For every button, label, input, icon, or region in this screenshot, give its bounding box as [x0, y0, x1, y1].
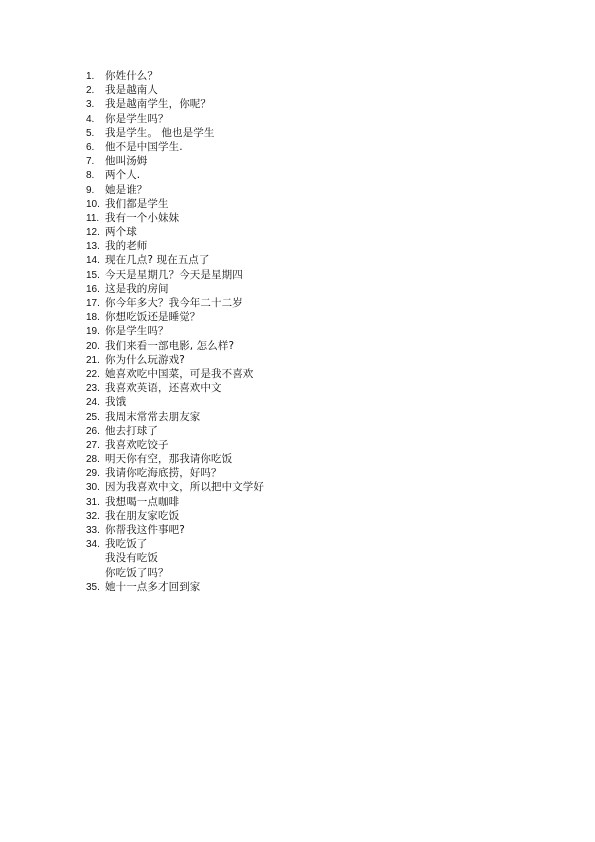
list-item: 10.我们都是学生: [86, 197, 264, 211]
item-text: 她喜欢吃中国菜，可是我不喜欢: [105, 367, 253, 381]
item-text: 两个人.: [105, 168, 140, 182]
list-item: 33.你帮我这件事吧?: [86, 523, 264, 537]
item-text: 你是学生吗？: [105, 324, 169, 338]
item-number: 25.: [86, 411, 105, 425]
sentence-list: 1.你姓什么？ 2.我是越南人 3.我是越南学生，你呢？ 4.你是学生吗？ 5.…: [86, 69, 264, 594]
item-number: 33.: [86, 524, 105, 538]
list-item: 15.今天是星期几？今天是星期四: [86, 268, 264, 282]
list-item: 8.两个人.: [86, 168, 264, 182]
item-number: 31.: [86, 496, 105, 510]
item-text: 他去打球了: [105, 424, 158, 438]
list-item-continuation: 我没有吃饭: [86, 551, 264, 565]
item-number: 14.: [86, 254, 105, 268]
list-item: 1.你姓什么？: [86, 69, 264, 83]
item-text: 我想喝一点咖啡: [105, 495, 179, 509]
item-text: 我有一个小妹妹: [105, 211, 179, 225]
list-item: 24.我饿: [86, 395, 264, 409]
list-item: 28.明天你有空，那我请你吃饭: [86, 452, 264, 466]
item-text: 我是学生。 他也是学生: [105, 126, 214, 140]
item-text: 我饿: [105, 395, 126, 409]
list-item: 13.我的老师: [86, 239, 264, 253]
item-number: 24.: [86, 396, 105, 410]
item-number: 30.: [86, 481, 105, 495]
item-text: 我们来看一部电影, 怎么样?: [105, 339, 234, 353]
item-text: 我的老师: [105, 239, 147, 253]
list-item: 27.我喜欢吃饺子: [86, 438, 264, 452]
item-number: 17.: [86, 297, 105, 311]
list-item: 7.他叫汤姆: [86, 154, 264, 168]
item-number: 10.: [86, 198, 105, 212]
list-item: 29.我请你吃海底捞，好吗？: [86, 466, 264, 480]
item-text: 明天你有空，那我请你吃饭: [105, 452, 232, 466]
item-text: 我喜欢吃饺子: [105, 438, 169, 452]
item-text: 我没有吃饭: [105, 551, 158, 565]
item-number: 3.: [86, 98, 105, 112]
item-number: 6.: [86, 141, 105, 155]
item-text: 我们都是学生: [105, 197, 169, 211]
list-item: 35.她十一点多才回到家: [86, 580, 264, 594]
item-number: 27.: [86, 439, 105, 453]
item-text: 因为我喜欢中文，所以把中文学好: [105, 480, 264, 494]
list-item: 21.你为什么玩游戏?: [86, 353, 264, 367]
item-number: 1.: [86, 70, 105, 84]
item-text: 他叫汤姆: [105, 154, 147, 168]
item-text: 我是越南学生，你呢？: [105, 97, 211, 111]
list-item: 9.她是谁？: [86, 183, 264, 197]
item-number: 2.: [86, 84, 105, 98]
item-text: 这是我的房间: [105, 282, 169, 296]
item-text: 他不是中国学生.: [105, 140, 183, 154]
item-number: 21.: [86, 354, 105, 368]
item-text: 我请你吃海底捞，好吗？: [105, 466, 222, 480]
item-text: 你想吃饭还是睡觉？: [105, 310, 200, 324]
item-number: 18.: [86, 311, 105, 325]
item-text: 现在几点? 现在五点了: [105, 253, 210, 267]
item-number: 29.: [86, 467, 105, 481]
item-text: 你为什么玩游戏?: [105, 353, 185, 367]
list-item: 5.我是学生。 他也是学生: [86, 126, 264, 140]
list-item: 31.我想喝一点咖啡: [86, 495, 264, 509]
item-text: 你姓什么？: [105, 69, 158, 83]
item-number: 15.: [86, 269, 105, 283]
list-item: 30.因为我喜欢中文，所以把中文学好: [86, 480, 264, 494]
list-item: 4.你是学生吗？: [86, 112, 264, 126]
item-number: 4.: [86, 113, 105, 127]
item-text: 你是学生吗？: [105, 112, 169, 126]
item-text: 我在朋友家吃饭: [105, 509, 179, 523]
list-item: 17.你今年多大？我今年二十二岁: [86, 296, 264, 310]
list-item: 14.现在几点? 现在五点了: [86, 253, 264, 267]
item-text: 她十一点多才回到家: [105, 580, 200, 594]
list-item: 23.我喜欢英语，还喜欢中文: [86, 381, 264, 395]
item-number: 26.: [86, 425, 105, 439]
document-page: 1.你姓什么？ 2.我是越南人 3.我是越南学生，你呢？ 4.你是学生吗？ 5.…: [0, 0, 595, 842]
item-number: 32.: [86, 510, 105, 524]
list-item: 16.这是我的房间: [86, 282, 264, 296]
item-number: 12.: [86, 226, 105, 240]
item-text: 你吃饭了吗？: [105, 566, 169, 580]
list-item: 3.我是越南学生，你呢？: [86, 97, 264, 111]
item-text: 我是越南人: [105, 83, 158, 97]
list-item: 26.他去打球了: [86, 424, 264, 438]
item-text: 我周末常常去朋友家: [105, 410, 200, 424]
list-item: 2.我是越南人: [86, 83, 264, 97]
item-text: 你今年多大？我今年二十二岁: [105, 296, 243, 310]
list-item-continuation: 你吃饭了吗？: [86, 566, 264, 580]
list-item: 12.两个球: [86, 225, 264, 239]
item-number: 13.: [86, 240, 105, 254]
item-number: 7.: [86, 155, 105, 169]
item-number: 11.: [86, 212, 105, 226]
item-number: 28.: [86, 453, 105, 467]
item-number: 16.: [86, 283, 105, 297]
item-text: 你帮我这件事吧?: [105, 523, 185, 537]
list-item: 6.他不是中国学生.: [86, 140, 264, 154]
item-number: 9.: [86, 184, 105, 198]
item-number: 34.: [86, 538, 105, 552]
list-item: 20.我们来看一部电影, 怎么样?: [86, 339, 264, 353]
item-text: 我吃饭了: [105, 537, 147, 551]
list-item: 11.我有一个小妹妹: [86, 211, 264, 225]
item-number: 35.: [86, 581, 105, 595]
item-number: 5.: [86, 127, 105, 141]
list-item: 32.我在朋友家吃饭: [86, 509, 264, 523]
item-text: 她是谁？: [105, 183, 147, 197]
item-text: 我喜欢英语，还喜欢中文: [105, 381, 222, 395]
item-text: 两个球: [105, 225, 137, 239]
list-item: 18.你想吃饭还是睡觉？: [86, 310, 264, 324]
list-item: 19.你是学生吗？: [86, 324, 264, 338]
item-number: 20.: [86, 340, 105, 354]
item-number: 22.: [86, 368, 105, 382]
item-text: 今天是星期几？今天是星期四: [105, 268, 243, 282]
item-number: 8.: [86, 169, 105, 183]
list-item: 22.她喜欢吃中国菜，可是我不喜欢: [86, 367, 264, 381]
list-item: 25.我周末常常去朋友家: [86, 410, 264, 424]
list-item: 34.我吃饭了: [86, 537, 264, 551]
item-number: 23.: [86, 382, 105, 396]
item-number: 19.: [86, 325, 105, 339]
